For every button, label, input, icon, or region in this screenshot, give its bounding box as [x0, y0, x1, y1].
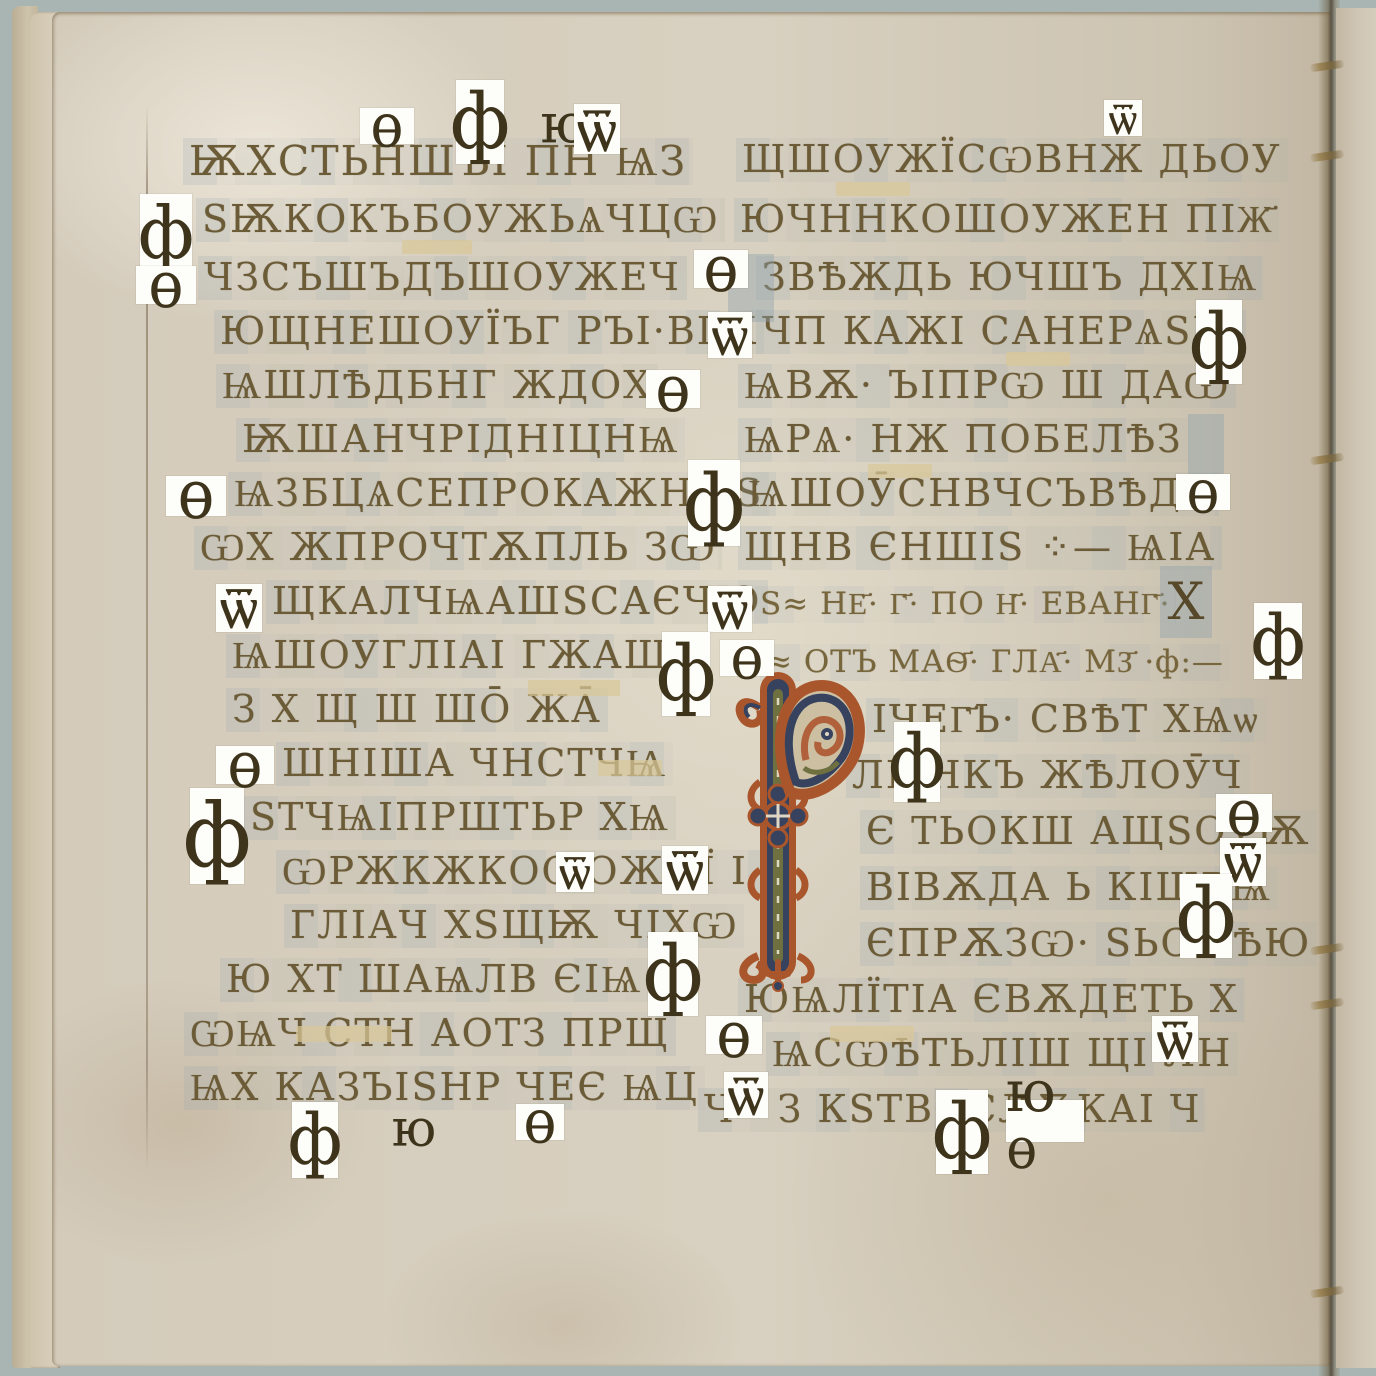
glyph: ѿ: [728, 1066, 765, 1124]
glyph: ѿ: [712, 306, 749, 364]
pasted-glyph-fita: ѳ: [136, 266, 196, 304]
text-line-left: ЩКАЛЧѨАШЅСАЄЧЮ: [266, 580, 768, 624]
glyph: ѿ: [666, 840, 704, 900]
text-line-right: ЧП КАЖІ САНЕРѦЅЮ: [756, 310, 1246, 354]
tan-repair-patch: [402, 240, 472, 254]
text-line-left: ѬШАНЧРІДНІЦНѨ: [236, 418, 685, 462]
glyph: ѳ: [370, 96, 404, 157]
illuminated-initial-letter: Р: [694, 664, 866, 994]
pasted-glyph-fita: ѳ: [694, 250, 748, 288]
glyph: ѳ: [148, 253, 184, 318]
glyph: ф: [656, 636, 716, 713]
text-line-left: ЅТЧѨІПРШТЬР ХѨ: [244, 796, 676, 840]
manuscript-scan: ѬХСТЬНШЪІ ПН ѨЗЅѬКОКЪБОУЖЬѦЧЦѠЧЗСЪШЪДЪШО…: [0, 0, 1376, 1376]
pasted-glyph-fert: ф: [1254, 603, 1302, 679]
glyph: ф: [643, 936, 703, 1013]
text-line-left: ЧЗСЪШЪДЪШОУЖЕЧ: [198, 256, 687, 300]
gray-repair-patch: Х: [1160, 566, 1212, 638]
glyph: ѳ: [730, 628, 764, 689]
text-line-left: ЅѬКОКЪБОУЖЬѦЧЦѠ: [196, 198, 725, 242]
pasted-glyph-fita: ѳ: [166, 476, 226, 516]
pasted-glyph-ot: ѿ: [1104, 100, 1142, 136]
tan-repair-patch: [296, 1026, 392, 1042]
glyph: ѳ: [523, 1092, 557, 1153]
glyph: ѿ: [577, 98, 617, 161]
pasted-glyph-fert: ф: [648, 932, 698, 1016]
adjacent-page-sliver: [1336, 8, 1376, 1368]
glyph: ѿ: [1157, 1010, 1194, 1068]
initial-ornament-drawing: [694, 664, 866, 994]
pasted-glyph-fita: ѳ: [706, 1016, 762, 1054]
text-line-right: ѨВѪ· ЪІПРѠ Ш ДАѠ: [738, 364, 1236, 408]
pasted-glyph-ot: ѿ: [1152, 1016, 1198, 1062]
tan-repair-patch: [830, 1026, 914, 1042]
pasted-glyph-ot: ѿ: [662, 846, 708, 894]
pasted-glyph-fita: ѳ: [1176, 474, 1230, 510]
glyph: ф: [450, 84, 510, 161]
tan-repair-patch: [598, 760, 662, 776]
text-line-left: ѠѨЧ СТН АОТЗ ПРЩ: [184, 1012, 676, 1056]
glyph: ѳ: [1186, 462, 1220, 523]
pasted-glyph-fita: ѳ: [360, 108, 414, 144]
glyph: ф: [888, 725, 946, 799]
glyph: ф: [288, 1105, 343, 1175]
glyph: ф: [932, 1094, 992, 1171]
text-line-left: ѨХ КАЗЪІЅНР ЧЕЄ ѨЦ: [184, 1066, 705, 1110]
tan-repair-patch: [528, 680, 620, 696]
pasted-glyph-fert: ф: [688, 460, 740, 546]
glyph: ф: [683, 464, 745, 543]
text-line-right: ЩШОУЖЇСѠВНЖ ДЬОУ: [736, 138, 1288, 182]
glyph: ѿ: [1109, 96, 1138, 141]
pasted-glyph-fert: ф: [936, 1090, 988, 1174]
glyph: ѿ: [559, 847, 591, 897]
pasted-glyph-ot: ѿ: [216, 584, 262, 632]
pasted-glyph-fita: ѳ: [720, 640, 774, 676]
pasted-glyph-fita: ѳ: [216, 746, 274, 784]
text-line-right: ЄПРѪЗѠ· ЅЬС ТѢЮ: [860, 922, 1317, 966]
text-line-left: Ю ХТ ШАѨЛВ ЄІѨ: [220, 958, 648, 1002]
glyph: ю: [392, 1104, 436, 1155]
glyph: ф: [1189, 304, 1249, 381]
text-line-left: ѠХ ЖПРОЧТѪПЛЬ ЗѠ: [194, 526, 722, 570]
tan-repair-patch: [1006, 352, 1070, 366]
glyph: ѳ: [703, 237, 739, 302]
text-line-left: ЮЩНЕШОУЇЪГ РЪІ·ВІЖ: [214, 310, 764, 354]
pasted-glyph-ot: ѿ: [708, 312, 752, 358]
pasted-glyph-fert: ф: [662, 632, 710, 716]
glyph: ф: [1251, 606, 1306, 676]
tan-repair-patch: [836, 182, 910, 196]
pasted-glyph-fita: ѳ: [646, 370, 700, 408]
pasted-glyph-ot: ѿ: [724, 1072, 768, 1118]
text-line-right: ЩНВ ЄНШІЅ ⁘— ѨІА: [738, 526, 1222, 570]
glyph: ю ѳ: [1006, 1064, 1084, 1178]
pasted-glyph-fert: ф: [190, 788, 244, 884]
pasted-glyph-fert: ф: [1196, 300, 1242, 384]
text-line-right: ѨШОӮСНВЧСЪВѢДѢ: [742, 472, 1219, 516]
glyph: ѿ: [220, 578, 258, 638]
pasted-glyph-ot: ѿ: [556, 852, 594, 892]
text-line-right: ѨРѦ· НЖ ПОБЕЛѢЗ: [738, 418, 1189, 462]
glyph: ѳ: [177, 462, 215, 530]
glyph: ф: [1176, 878, 1236, 955]
glyph: ф: [183, 792, 252, 880]
glyph: ѳ: [655, 357, 691, 422]
pasted-glyph-fita: ѳ: [516, 1104, 564, 1140]
pasted-glyph-fert: ф: [292, 1102, 338, 1178]
text-line-right: ЮЧННКОШОУЖЕН ПІЖ҃: [734, 198, 1279, 242]
pasted-glyph-ot: ѿ: [574, 104, 620, 154]
pasted-glyph-yu: ю: [396, 1112, 432, 1146]
text-line-right: Ѕ≈ НЕ҃· Г҃· ПО Н҃· ЕВАНГ҃·: [754, 586, 1176, 623]
pasted-glyph-fert: ф: [894, 722, 940, 802]
pasted-glyph-fert: ф: [456, 80, 504, 164]
pasted-glyph-yu: ю ѳ: [1006, 1100, 1084, 1142]
text-line-right: ЗВѢЖДЬ ЮЧШЪ ДХІѨ: [756, 256, 1264, 300]
pasted-glyph-fert: ф: [1180, 874, 1232, 958]
glyph: ѳ: [716, 1003, 752, 1068]
tan-repair-patch: [868, 464, 932, 478]
text-line-left: ѨШЛѢДБНГ ЖДОХ: [216, 364, 658, 408]
text-line-left: ѨШОУГЛІАІ ГЖАЩЕ: [226, 634, 705, 678]
